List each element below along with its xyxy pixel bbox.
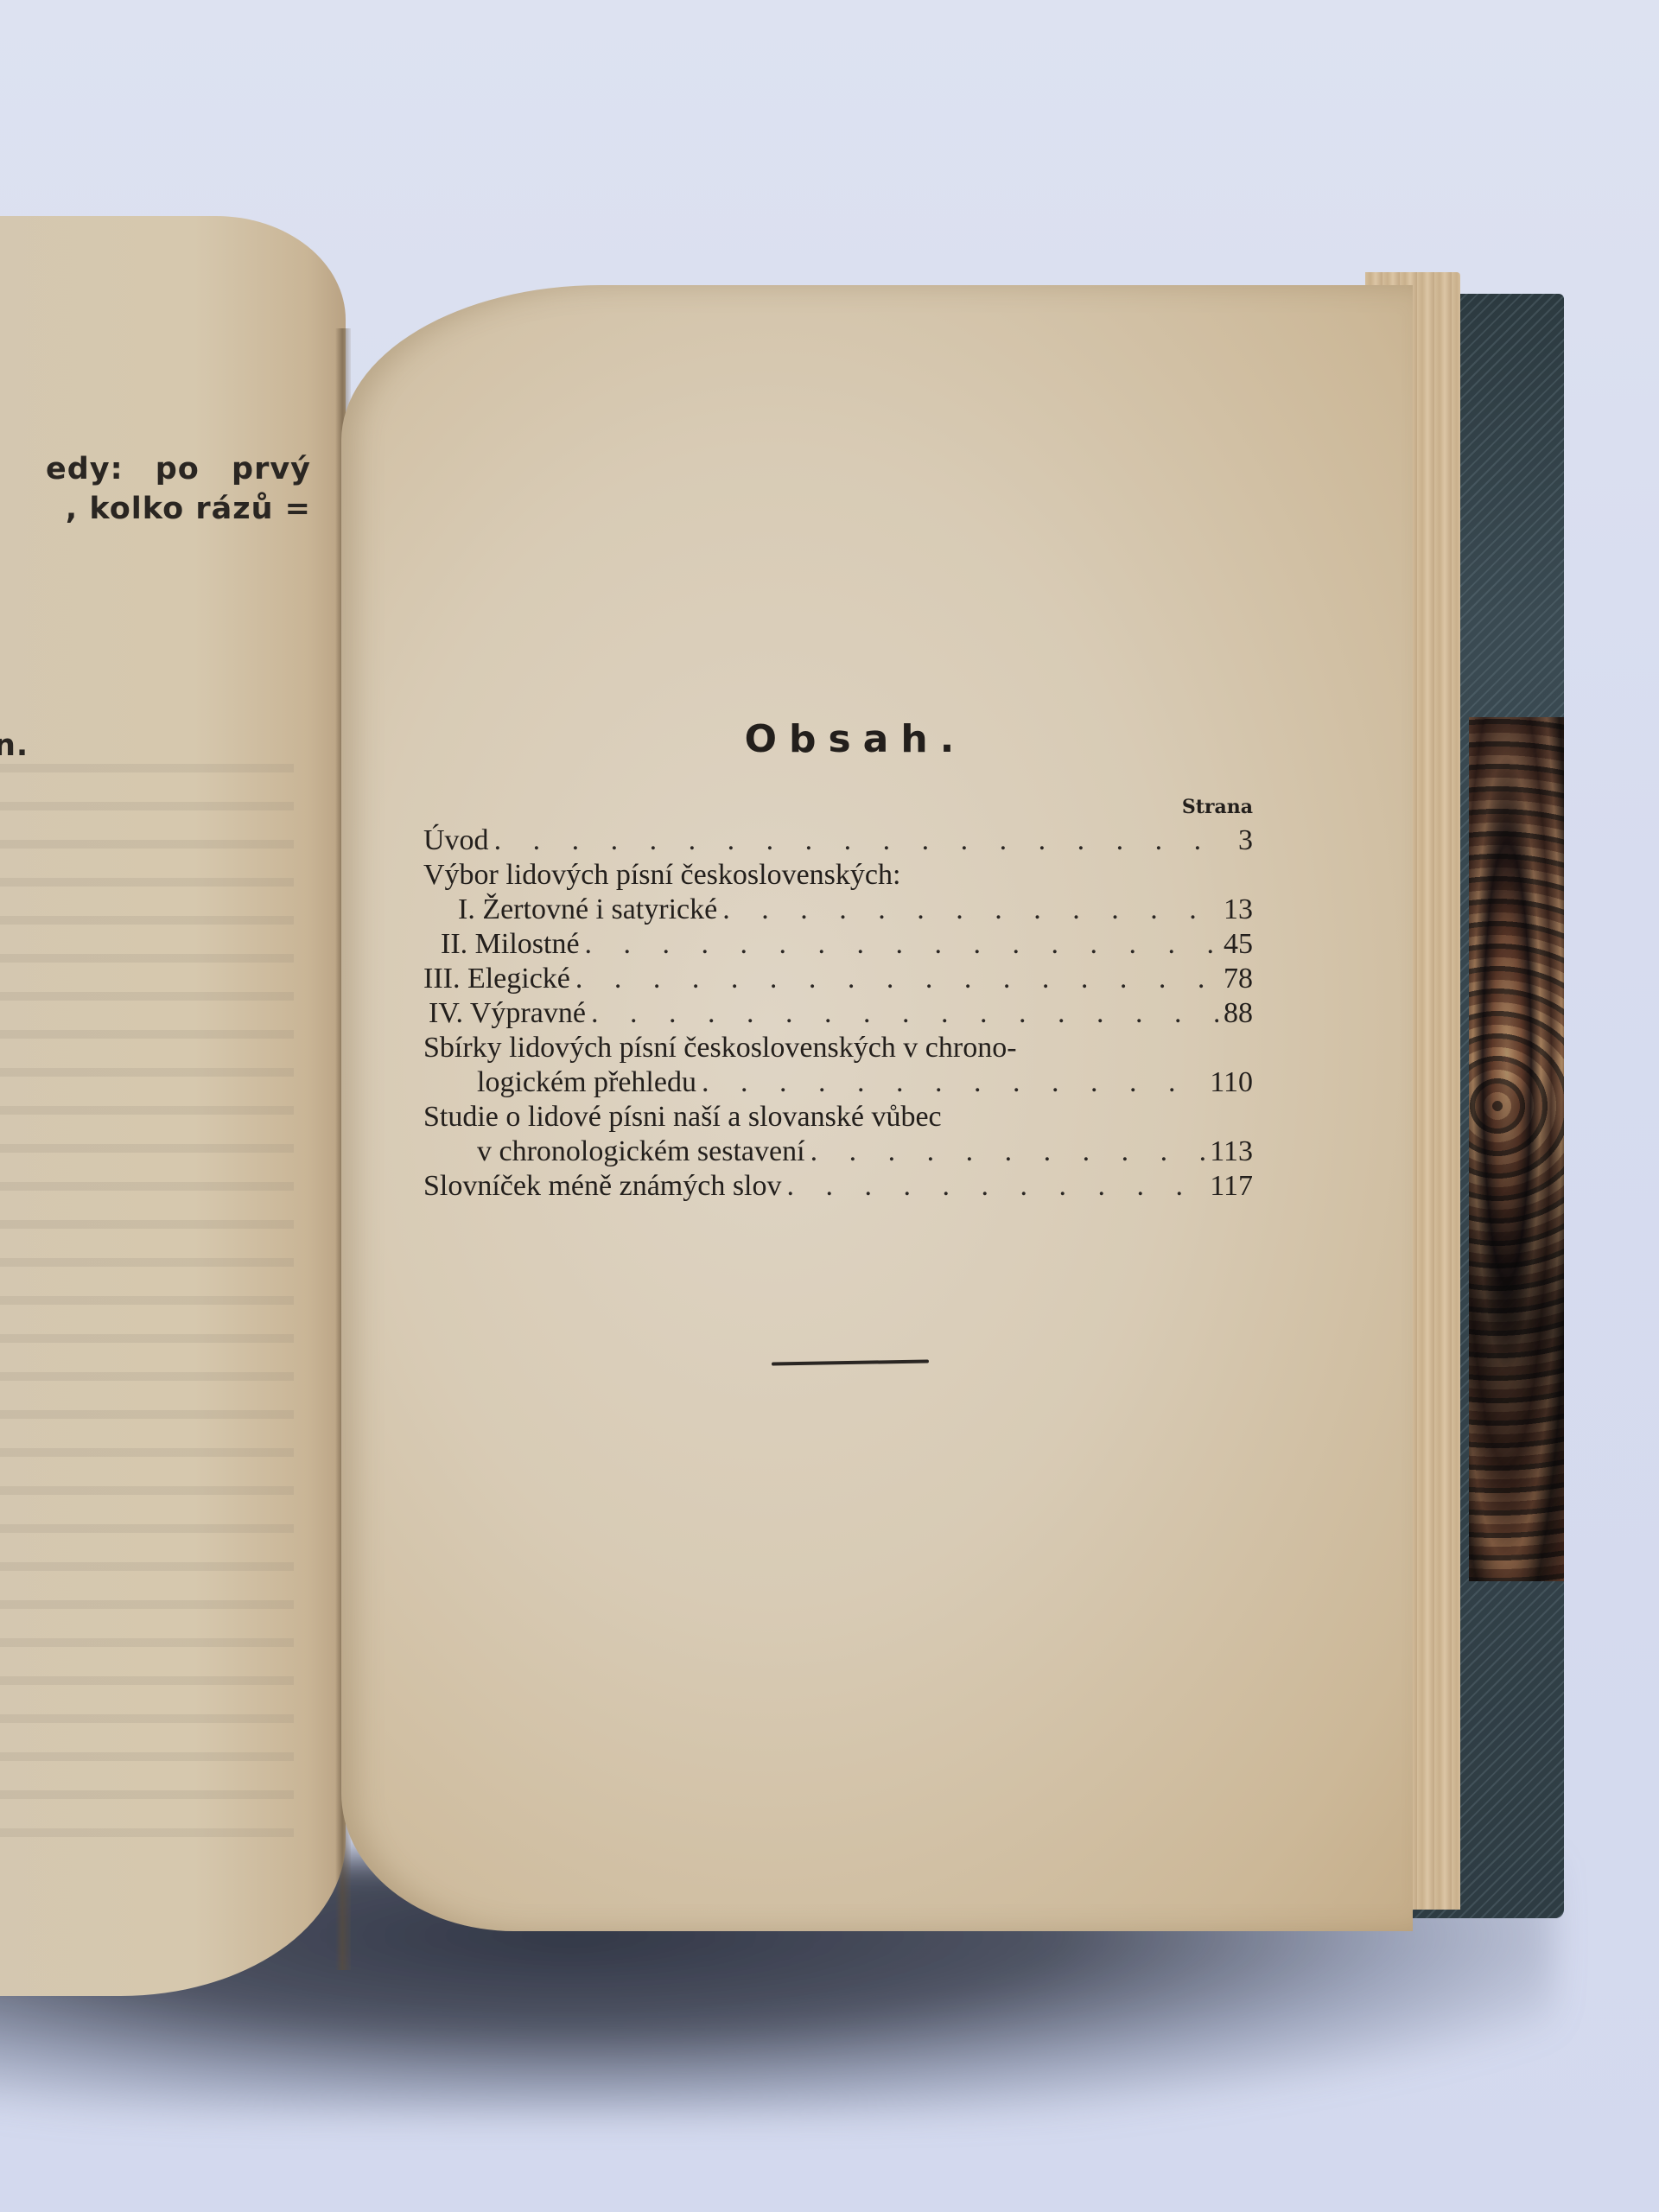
toc-entry: III. Elegické 78 [423, 962, 1253, 996]
toc-entry: I. Žertovné i satyrické 13 [423, 893, 1253, 927]
toc-entry-page: 88 [1224, 996, 1253, 1031]
toc-leader-dots [585, 927, 1218, 962]
left-page-line-2: , kolko rázů = [46, 489, 311, 529]
toc-leader-dots [702, 1065, 1205, 1100]
toc-title: Obsah. [458, 717, 1253, 761]
toc-entry-label: v chronologickém sestavení [477, 1135, 805, 1169]
left-page-fragment: n. [0, 726, 29, 766]
toc-entry: logickém přehledu 110 [423, 1065, 1253, 1100]
toc-entry: Úvod 3 [423, 823, 1253, 858]
toc-entry: II. Milostné 45 [423, 927, 1253, 962]
table-of-contents: Obsah. Strana Úvod 3 Výbor lidových písn… [423, 717, 1253, 1204]
toc-leader-dots [575, 962, 1218, 996]
toc-entry-label: Sbírky lidových písní československých v… [423, 1031, 1017, 1065]
toc-entry: Sbírky lidových písní československých v… [423, 1031, 1253, 1065]
toc-entry-label: Úvod [423, 823, 489, 858]
toc-entry-label: I. Žertovné i satyrické [458, 893, 717, 927]
toc-entry-label: Výbor lidových písní československých: [423, 858, 900, 893]
toc-entry: Slovníček méně známých slov 117 [423, 1169, 1253, 1204]
toc-entry-label: IV. Výpravné [429, 996, 586, 1031]
toc-leader-dots [722, 893, 1218, 927]
toc-entry: Výbor lidových písní československých: [423, 858, 1253, 893]
toc-leader-dots [787, 1169, 1205, 1204]
toc-entry-page: 113 [1210, 1135, 1253, 1169]
toc-entry: Studie o lidové písni naší a slovanské v… [423, 1100, 1253, 1135]
toc-leader-dots [494, 823, 1222, 858]
toc-entry-label: Slovníček méně známých slov [423, 1169, 782, 1204]
toc-entry-page: 3 [1227, 823, 1253, 858]
toc-entry-page: 110 [1210, 1065, 1253, 1100]
toc-entry-page: 117 [1210, 1169, 1253, 1204]
toc-entry-page: 13 [1224, 893, 1253, 927]
left-page-text: edy: po prvý , kolko rázů = n. [46, 449, 311, 529]
toc-entry: IV. Výpravné 88 [423, 996, 1253, 1031]
toc-entry-label: II. Milostné [441, 927, 580, 962]
toc-entry-label: logickém přehledu [477, 1065, 696, 1100]
left-page-line-1: edy: po prvý [46, 449, 311, 489]
toc-entry: v chronologickém sestavení 113 [423, 1135, 1253, 1169]
toc-column-header: Strana [423, 796, 1253, 818]
book-cover-marbled-board [1469, 717, 1564, 1581]
toc-leader-dots [591, 996, 1218, 1031]
left-page: edy: po prvý , kolko rázů = n. [0, 216, 346, 1996]
toc-entry-page: 78 [1224, 962, 1253, 996]
toc-entry-page: 45 [1224, 927, 1253, 962]
toc-entry-label: Studie o lidové písni naší a slovanské v… [423, 1100, 942, 1135]
left-page-show-through [0, 734, 294, 1858]
toc-leader-dots [810, 1135, 1205, 1169]
toc-entry-label: III. Elegické [423, 962, 570, 996]
